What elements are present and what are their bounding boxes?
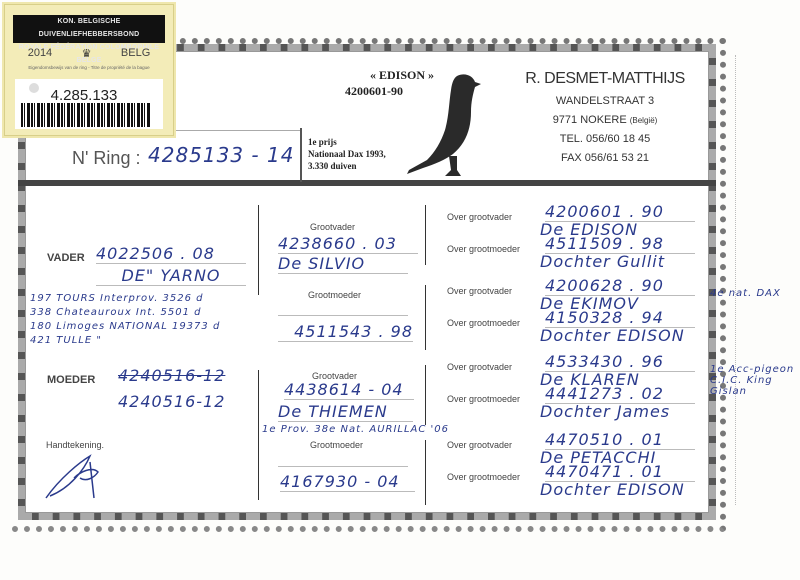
- great-grandparent-ring: 4200628 . 90: [545, 276, 695, 296]
- great-grandparent-name: Dochter EDISON: [540, 480, 700, 499]
- great-grandparent-name: Dochter James: [540, 402, 700, 421]
- ring-certificate-sticker: KON. BELGISCHE DUIVENLIEFHEBBERSBOND ROY…: [4, 4, 174, 136]
- great-grandparent-ring: 4470510 . 01: [545, 430, 695, 450]
- grandparent-ring: 4511543 . 98: [278, 322, 413, 342]
- great-grandparent-ring: 4511509 . 98: [545, 234, 695, 254]
- great-grandparent-label: Over grootmoeder: [447, 318, 520, 328]
- grandparent-name: De SILVIO: [278, 254, 408, 274]
- mother-ring: 4240516-12: [118, 392, 225, 411]
- header-divider: [18, 180, 716, 186]
- grandparent-ring: 4438614 - 04: [284, 380, 414, 400]
- pigeon-icon: [405, 72, 495, 180]
- perforation-line: [735, 55, 737, 505]
- grandparent-label: Grootvader: [310, 222, 355, 232]
- sticker-year-row: 2014 ♛ BELG: [13, 45, 165, 61]
- father-ring: 4022506 . 08: [96, 244, 246, 264]
- mother-ring-crossed: 4240516-12: [118, 366, 225, 385]
- owner-city: 9771 NOKERE (België): [510, 114, 700, 126]
- sticker-number: 4.285.133: [5, 87, 163, 104]
- great-grandparent-label: Over grootvader: [447, 286, 512, 296]
- grandparent-note: 1e Prov. 38e Nat. AURILLAC '06: [262, 424, 452, 435]
- great-grandparent-name: Dochter Gullit: [540, 252, 700, 271]
- great-grandparent-label: Over grootmoeder: [447, 244, 520, 254]
- sticker-year: 2014: [28, 47, 52, 59]
- crown-icon: ♛: [82, 47, 92, 60]
- sticker-note: Eigendomsbewijs van de ring - Titre de p…: [13, 65, 165, 70]
- owner-tel: TEL. 056/60 18 45: [510, 133, 700, 145]
- federation-banner: KON. BELGISCHE DUIVENLIEFHEBBERSBOND ROY…: [13, 15, 165, 43]
- great-grandparent-label: Over grootvader: [447, 212, 512, 222]
- great-grandparent-ring: 4150328 . 94: [545, 308, 695, 328]
- great-grandparent-name: Dochter EDISON: [540, 326, 700, 345]
- great-grandparent-note: 4e nat. DAX: [710, 288, 796, 299]
- prize-divider: [300, 128, 302, 182]
- mother-label: MOEDER: [47, 374, 95, 386]
- owner-block: R. DESMET-MATTHIJS WANDELSTRAAT 3 9771 N…: [510, 70, 700, 164]
- sticker-country: BELG: [121, 47, 150, 59]
- famous-pigeon-ring: 4200601-90: [345, 84, 403, 99]
- signature-icon: [40, 448, 120, 504]
- grandparent-label: Grootmoeder: [310, 440, 363, 450]
- ring-line: [170, 130, 300, 131]
- great-grandparent-label: Over grootvader: [447, 440, 512, 450]
- barcode-icon: [21, 103, 151, 127]
- father-name: DE" YARNO: [96, 266, 246, 286]
- grandparent-name: De THIEMEN: [278, 402, 413, 422]
- great-grandparent-label: Over grootmoeder: [447, 394, 520, 404]
- prize-text: 1e prijs Nationaal Dax 1993, 3.330 duive…: [308, 136, 386, 172]
- great-grandparent-ring: 4200601 . 90: [545, 202, 695, 222]
- great-grandparent-label: Over grootmoeder: [447, 472, 520, 482]
- great-grandparent-label: Over grootvader: [447, 362, 512, 372]
- ring-value: 4285133 - 14: [148, 143, 294, 167]
- owner-name: R. DESMET-MATTHIJS: [510, 70, 700, 88]
- ring-label: N' Ring :: [72, 148, 140, 169]
- great-grandparent-ring: 4441273 . 02: [545, 384, 695, 404]
- father-results: 197 TOURS Interprov. 3526 d 338 Chateaur…: [30, 292, 220, 348]
- great-grandparent-note: 1e Acc-pigeon C.I.C. King Gislan: [710, 364, 796, 397]
- father-label: VADER: [47, 252, 85, 264]
- great-grandparent-ring: 4533430 . 96: [545, 352, 695, 372]
- owner-fax: FAX 056/61 53 21: [510, 152, 700, 164]
- grandparent-ring: 4238660 . 03: [278, 234, 418, 254]
- grandparent-ring: 4167930 - 04: [280, 472, 415, 492]
- owner-street: WANDELSTRAAT 3: [510, 95, 700, 107]
- grandparent-label: Grootmoeder: [308, 290, 361, 300]
- great-grandparent-ring: 4470471 . 01: [545, 462, 695, 482]
